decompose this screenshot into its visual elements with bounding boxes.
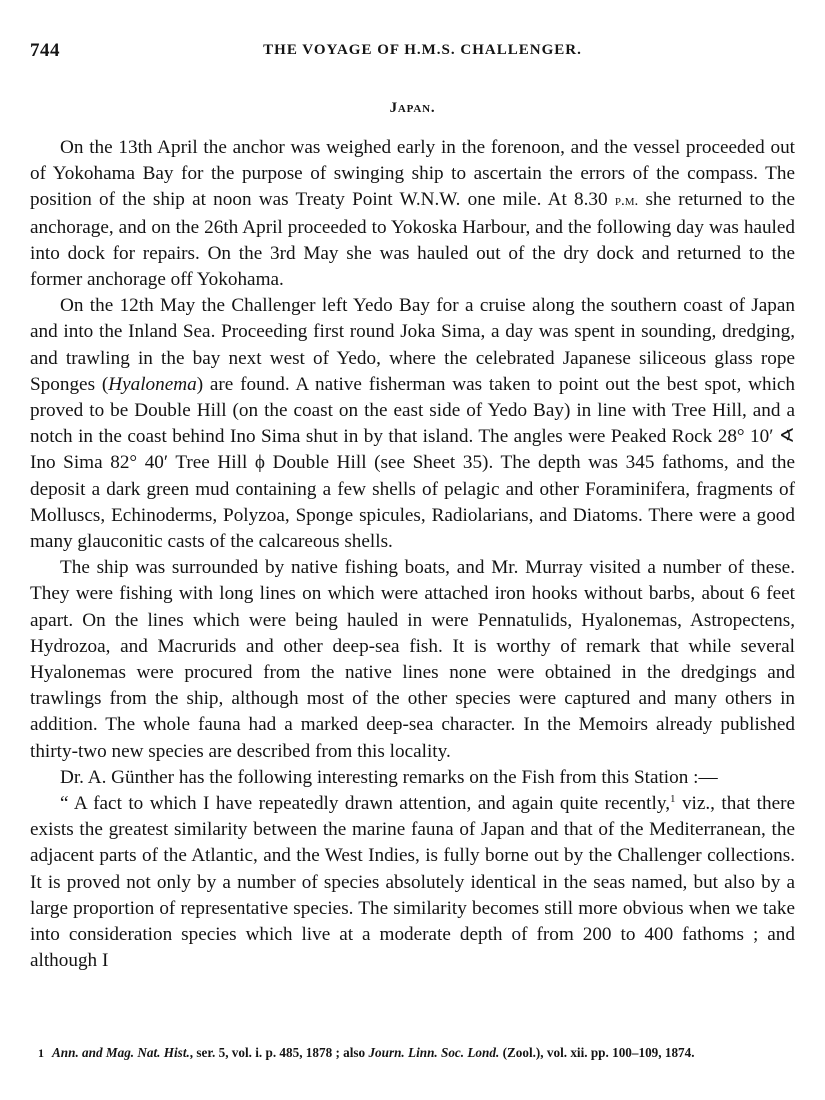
footnote-mark: 1 (38, 1046, 44, 1060)
paragraph-gunther-intro: Dr. A. Günther has the following interes… (30, 765, 795, 791)
paragraph-anchorage: On the 13th April the anchor was weighed… (30, 135, 795, 293)
time-pm: p.m. (615, 193, 638, 209)
footnote: 1Ann. and Mag. Nat. Hist., ser. 5, vol. … (38, 1044, 798, 1062)
paragraph-fishing-boats: The ship was surrounded by native fishin… (30, 555, 795, 765)
paragraph-quote: “ A fact to which I have repeatedly draw… (30, 791, 795, 974)
running-title: THE VOYAGE OF H.M.S. CHALLENGER. (30, 42, 795, 59)
document-page: 744 THE VOYAGE OF H.M.S. CHALLENGER. Jap… (0, 0, 825, 1100)
section-title: Japan. (0, 100, 825, 117)
footnote-journal-1: Ann. and Mag. Nat. Hist. (52, 1045, 190, 1060)
footnote-journal-2: Journ. Linn. Soc. Lond. (368, 1045, 499, 1060)
paragraph-cruise: On the 12th May the Challenger left Yedo… (30, 293, 795, 555)
body-text: On the 13th April the anchor was weighed… (30, 135, 795, 975)
taxon-hyalonema: Hyalonema (108, 374, 196, 395)
running-head: 744 THE VOYAGE OF H.M.S. CHALLENGER. (30, 40, 795, 64)
